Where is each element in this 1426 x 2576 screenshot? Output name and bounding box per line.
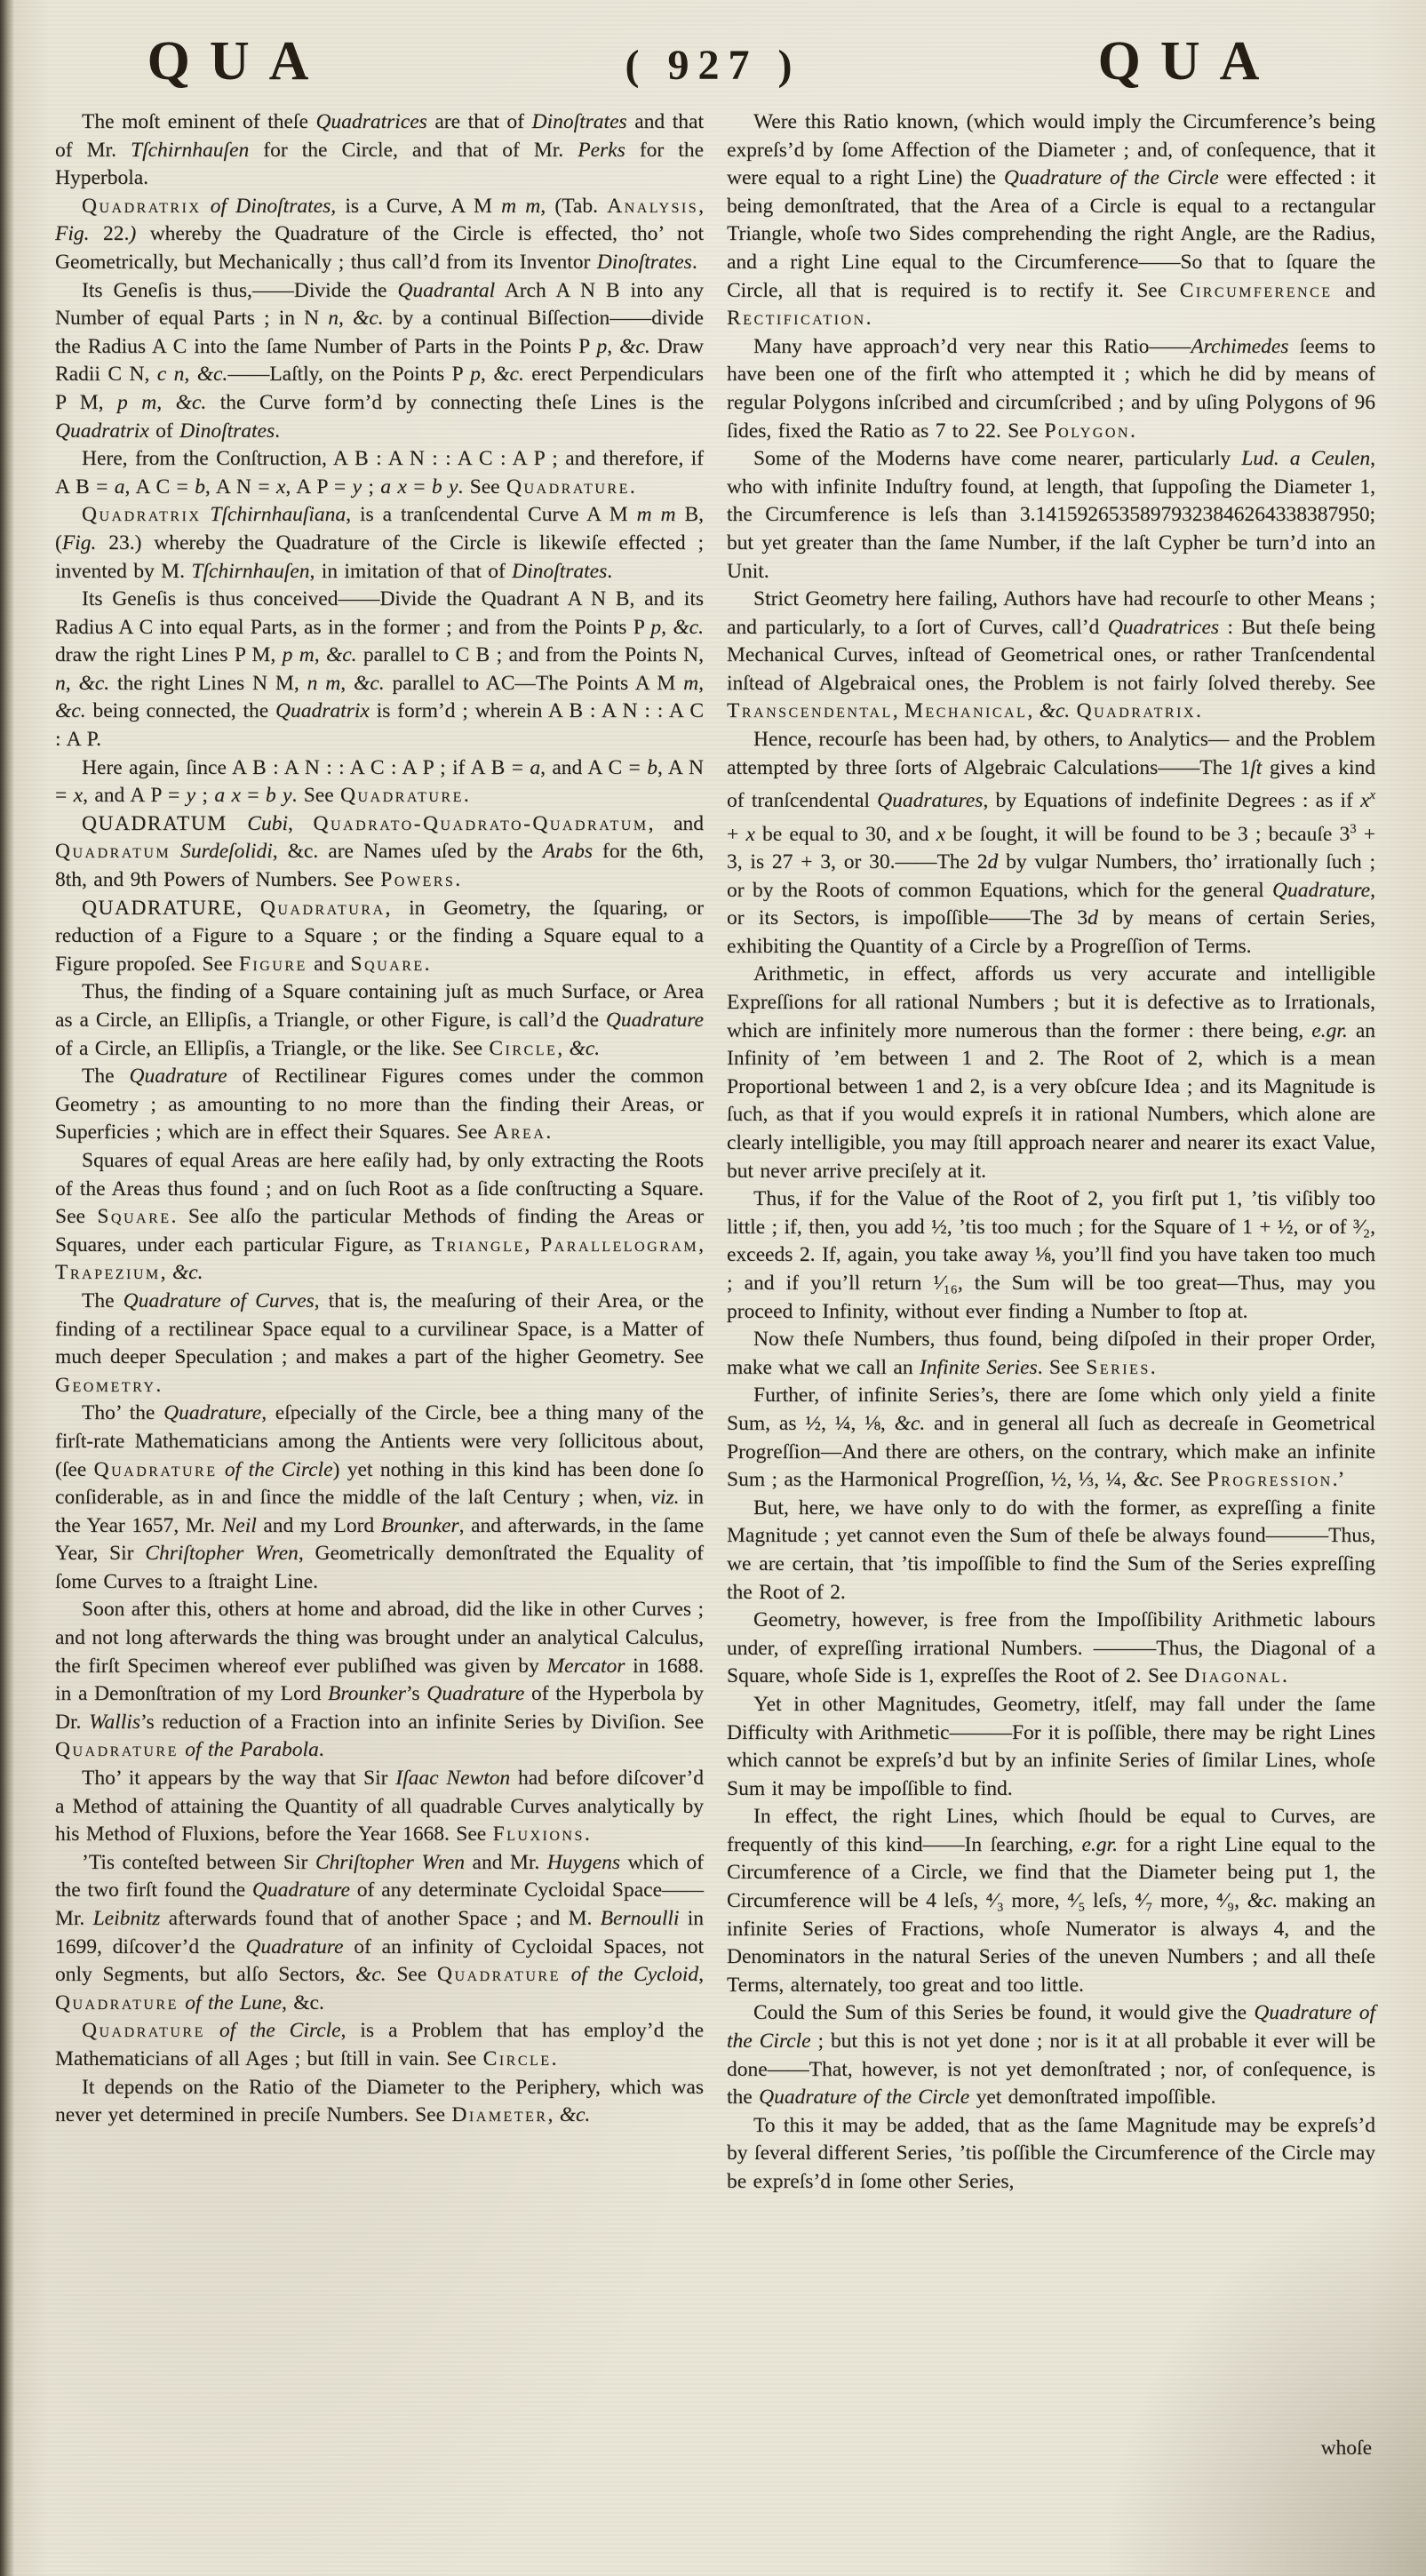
- paragraph: Thus, the finding of a Square containing…: [55, 978, 704, 1063]
- paragraph: Soon after this, others at home and abro…: [55, 1596, 704, 1765]
- paragraph: Quadratrix of Dinoſtrates, is a Curve, A…: [55, 193, 704, 277]
- paragraph: The Quadrature of Curves, that is, the m…: [55, 1288, 704, 1400]
- paragraph: Here again, ſince A B : A N : : A C : A …: [55, 754, 704, 810]
- paragraph: Its Geneſis is thus conceived——Divide th…: [55, 586, 704, 754]
- running-head-right: QUA: [951, 30, 1426, 93]
- column-left: The moſt eminent of theſe Quadratrices a…: [55, 108, 704, 2130]
- page-header: QUA ( 927 ) QUA: [0, 30, 1426, 93]
- paragraph: Some of the Moderns have come nearer, pa…: [727, 445, 1375, 586]
- paragraph: Strict Geometry here failing, Authors ha…: [727, 586, 1375, 726]
- paragraph: ’Tis conteſted between Sir Chriſtopher W…: [55, 1849, 704, 2018]
- paragraph: QUADRATUM Cubi, Quadrato-Quadrato-Quadra…: [55, 810, 704, 895]
- encyclopedia-page: QUA ( 927 ) QUA The moſt eminent of theſ…: [0, 0, 1426, 2576]
- paragraph: Many have approach’d very near this Rati…: [727, 333, 1375, 445]
- paragraph: Tho’ it appears by the way that Sir Iſaa…: [55, 1765, 704, 1849]
- paragraph: The Quadrature of Rectilinear Figures co…: [55, 1063, 704, 1147]
- paragraph: Tho’ the Quadrature, eſpecially of the C…: [55, 1400, 704, 1596]
- paragraph: Its Geneſis is thus,——Divide the Quadran…: [55, 277, 704, 446]
- running-head-left: QUA: [0, 30, 475, 93]
- paragraph: Quadrature of the Circle, is a Problem t…: [55, 2017, 704, 2073]
- paragraph: Arithmetic, in effect, affords us very a…: [727, 961, 1375, 1185]
- paragraph: Here, from the Conſtruction, A B : A N :…: [55, 445, 704, 501]
- page-number: ( 927 ): [475, 41, 951, 90]
- catchword: whoſe: [727, 2436, 1372, 2460]
- paragraph: Hence, recourſe has been had, by others,…: [727, 726, 1375, 961]
- paragraph: Were this Ratio known, (which would impl…: [727, 108, 1375, 333]
- column-right: Were this Ratio known, (which would impl…: [727, 108, 1375, 2197]
- paragraph: To this it may be added, that as the ſam…: [727, 2112, 1375, 2197]
- paragraph: Yet in other Magnitudes, Geometry, itſel…: [727, 1691, 1375, 1803]
- paragraph: Thus, if for the Value of the Root of 2,…: [727, 1185, 1375, 1326]
- paragraph: But, here, we have only to do with the f…: [727, 1495, 1375, 1607]
- paragraph: Now theſe Numbers, thus found, being diſ…: [727, 1326, 1375, 1382]
- paragraph: Further, of infinite Series’s, there are…: [727, 1382, 1375, 1494]
- book-gutter-shadow: [0, 0, 14, 2576]
- paragraph: Squares of equal Areas are here eaſily h…: [55, 1147, 704, 1288]
- paragraph: It depends on the Ratio of the Diameter …: [55, 2074, 704, 2130]
- paragraph: QUADRATURE, Quadratura, in Geometry, the…: [55, 895, 704, 979]
- paragraph: Geometry, however, is free from the Impo…: [727, 1607, 1375, 1691]
- paragraph: The moſt eminent of theſe Quadratrices a…: [55, 108, 704, 193]
- paragraph: In effect, the right Lines, which ſhould…: [727, 1803, 1375, 1999]
- paragraph: Quadratrix Tſchirnhauſiana, is a tranſce…: [55, 501, 704, 586]
- paragraph: Could the Sum of this Series be found, i…: [727, 1999, 1375, 2111]
